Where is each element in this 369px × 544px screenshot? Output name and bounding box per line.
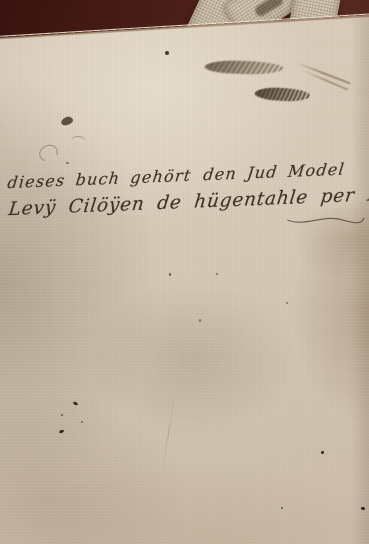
ink-speck [361, 507, 366, 511]
ink-speck [66, 162, 69, 164]
ink-speck [199, 319, 201, 322]
ink-smudge-lower [252, 86, 314, 102]
book-page: dieses buch gehört den Jud Model Levÿ Ci… [0, 0, 369, 544]
handwritten-inscription: dieses buch gehört den Jud Model Levÿ Ci… [7, 159, 361, 220]
ink-speck [286, 302, 288, 304]
ink-speck [321, 451, 324, 454]
ink-speck [61, 414, 63, 416]
ink-speck [81, 421, 83, 423]
ink-speck [169, 273, 171, 276]
ink-speck [59, 429, 65, 434]
ink-blob [60, 115, 74, 126]
ink-speck [216, 273, 218, 275]
inscription-line-1-left: dieses buch gehört [6, 166, 192, 192]
pencil-arc [71, 135, 87, 147]
flourish-underline [285, 211, 366, 230]
ink-dot [165, 51, 169, 55]
ink-smudge-upper [201, 60, 287, 75]
ink-speck [73, 401, 79, 406]
paper-crease [161, 390, 175, 474]
scratch-streak [296, 62, 351, 85]
pencil-squiggle [37, 142, 61, 165]
inscription-line-1-right: den Jud Model [203, 159, 347, 184]
ink-speck [281, 507, 283, 509]
manuscript-photo: dieses buch gehört den Jud Model Levÿ Ci… [0, 0, 369, 544]
